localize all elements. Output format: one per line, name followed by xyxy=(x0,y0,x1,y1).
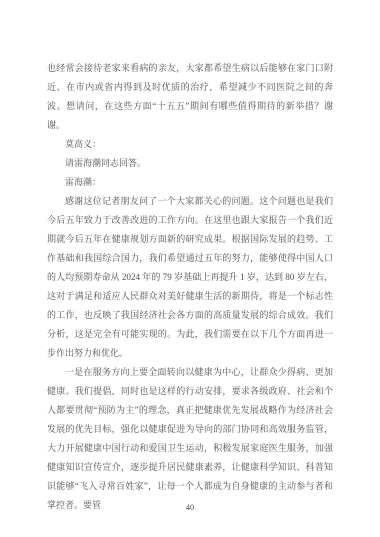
page-number: 40 xyxy=(186,502,195,512)
document-page: 也经常会接待老家来看病的亲友，大家都希望生病以后能够在家门口附近、在市内或省内得… xyxy=(0,0,380,537)
paragraph: 一是在服务方向上要全面转向以健康为中心，让群众少得病、更加健康。我们提倡，同时也… xyxy=(47,363,333,515)
paragraph: 感谢这位记者朋友问了一个大家都关心的问题。这个问题也是我们今后五年致力于改善改进… xyxy=(47,192,333,363)
paragraph: 也经常会接待老家来看病的亲友，大家都希望生病以后能够在家门口附近、在市内或省内得… xyxy=(47,59,333,135)
page-footer: 40 xyxy=(0,497,380,515)
paragraph: 雷海潮： xyxy=(47,173,333,192)
paragraph: 莫高义： xyxy=(47,135,333,154)
paragraph: 请雷海潮同志回答。 xyxy=(47,154,333,173)
text-block: 也经常会接待老家来看病的亲友，大家都希望生病以后能够在家门口附近、在市内或省内得… xyxy=(47,59,333,515)
